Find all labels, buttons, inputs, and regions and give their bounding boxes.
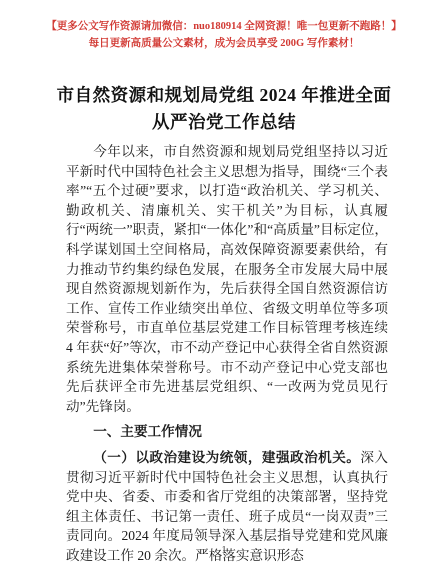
document-body: 今年以来，市自然资源和规划局党组坚持以习近平新时代中国特色社会主义思想为指导，围… bbox=[66, 142, 388, 565]
document-title: 市自然资源和规划局党组 2024 年推进全面从严治党工作总结 bbox=[56, 82, 392, 136]
document-page: 【更多公文写作资源请加微信：nuo180914 全网资源！唯一包更新不跑路！】 … bbox=[0, 0, 448, 580]
section-heading: 一、主要工作情况 bbox=[66, 422, 388, 442]
subsection-lead: （一）以政治建设为统领，建强政治机关。 bbox=[93, 450, 360, 465]
intro-paragraph: 今年以来，市自然资源和规划局党组坚持以习近平新时代中国特色社会主义思想为指导，围… bbox=[66, 142, 388, 416]
page-number: 1 bbox=[0, 545, 448, 556]
promo-line-2: 每日更新高质量公文素材，成为会员享受 200G 写作素材！ bbox=[0, 35, 448, 52]
promo-line-1: 【更多公文写作资源请加微信：nuo180914 全网资源！唯一包更新不跑路！】 bbox=[0, 18, 448, 35]
promo-banner: 【更多公文写作资源请加微信：nuo180914 全网资源！唯一包更新不跑路！】 … bbox=[0, 0, 448, 52]
